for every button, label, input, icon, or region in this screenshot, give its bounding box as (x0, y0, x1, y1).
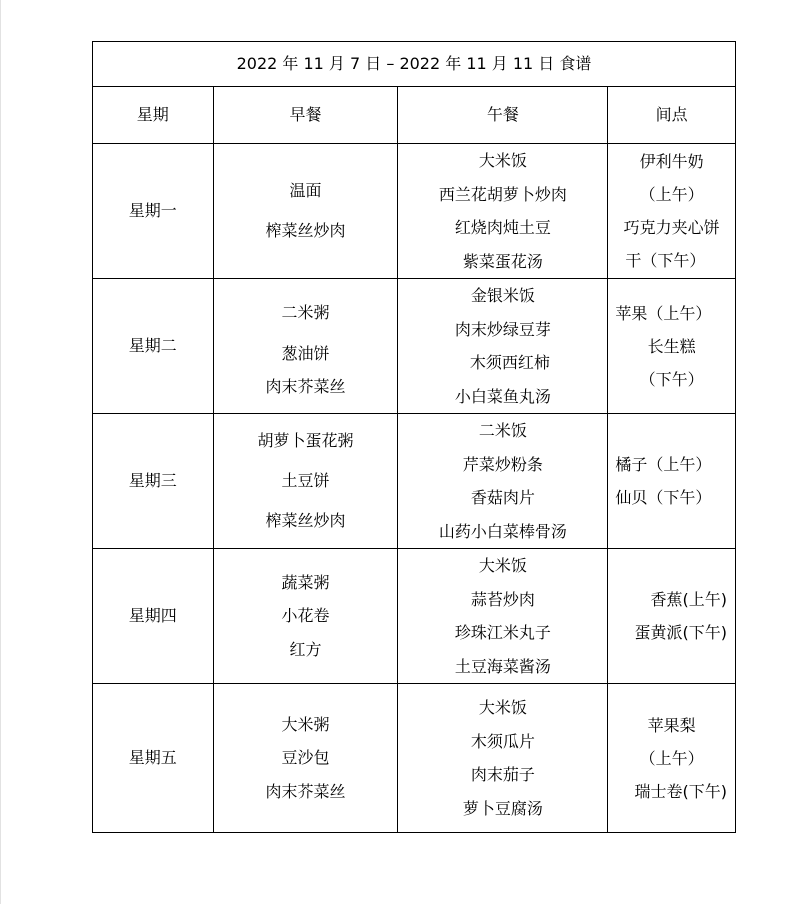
weekly-menu-table: 2022 年 11 月 7 日 – 2022 年 11 月 11 日 食谱 星期… (92, 41, 736, 833)
snack-item: 瑞士卷(下午) (608, 775, 735, 808)
table-row-thursday: 星期四 蔬菜粥 小花卷 红方 大米饭 蒜苔炒肉 珍珠江米丸子 土豆海菜酱汤 香蕉… (93, 549, 736, 684)
snack-cell: 伊利牛奶 （上午） 巧克力夹心饼 干（下午） (608, 144, 736, 279)
lunch-item: 芹菜炒粉条 (398, 448, 607, 482)
breakfast-item: 红方 (214, 633, 398, 667)
breakfast-item: 肉末芥菜丝 (214, 775, 398, 809)
lunch-item: 肉末茄子 (398, 758, 607, 792)
day-cell: 星期二 (93, 279, 214, 414)
breakfast-item: 土豆饼 (214, 461, 398, 501)
header-snack: 间点 (608, 87, 736, 144)
lunch-item: 珍珠江米丸子 (398, 616, 607, 650)
snack-cell: 苹果（上午） 长生糕 （下午） (608, 279, 736, 414)
breakfast-cell: 温面 榨菜丝炒肉 (213, 144, 398, 279)
table-row-monday: 星期一 温面 榨菜丝炒肉 大米饭 西兰花胡萝卜炒肉 红烧肉炖土豆 紫菜蛋花汤 伊… (93, 144, 736, 279)
snack-cell: 苹果梨 （上午） 瑞士卷(下午) (608, 684, 736, 833)
table-row-wednesday: 星期三 胡萝卜蛋花粥 土豆饼 榨菜丝炒肉 二米饭 芹菜炒粉条 香菇肉片 山药小白… (93, 414, 736, 549)
table-row-tuesday: 星期二 二米粥 葱油饼 肉末芥菜丝 金银米饭 肉末炒绿豆芽 木须西红柿 小白菜鱼… (93, 279, 736, 414)
lunch-item: 木须西红柿 (398, 346, 607, 380)
snack-item: 干（下午） (608, 244, 735, 277)
title-row: 2022 年 11 月 7 日 – 2022 年 11 月 11 日 食谱 (93, 42, 736, 87)
lunch-item: 紫菜蛋花汤 (398, 245, 607, 279)
lunch-item: 大米饭 (398, 549, 607, 583)
breakfast-item: 温面 (214, 171, 398, 211)
lunch-item: 肉末炒绿豆芽 (398, 313, 607, 347)
snack-item: 伊利牛奶 (608, 145, 735, 178)
day-cell: 星期四 (93, 549, 214, 684)
breakfast-item: 榨菜丝炒肉 (214, 501, 398, 541)
snack-item: （下午） (608, 363, 735, 396)
snack-item: 橘子（上午） (608, 448, 735, 481)
breakfast-item: 二米粥 (214, 293, 398, 333)
lunch-item: 山药小白菜棒骨汤 (398, 515, 607, 549)
snack-item: （上午） (608, 742, 735, 775)
header-row: 星期 早餐 午餐 间点 (93, 87, 736, 144)
lunch-item: 大米饭 (398, 144, 607, 178)
header-lunch: 午餐 (398, 87, 608, 144)
breakfast-cell: 大米粥 豆沙包 肉末芥菜丝 (213, 684, 398, 833)
lunch-item: 香菇肉片 (398, 481, 607, 515)
lunch-item: 蒜苔炒肉 (398, 583, 607, 617)
lunch-item: 大米饭 (398, 691, 607, 725)
snack-item: （上午） (608, 178, 735, 211)
day-cell: 星期一 (93, 144, 214, 279)
breakfast-cell: 蔬菜粥 小花卷 红方 (213, 549, 398, 684)
lunch-cell: 大米饭 木须瓜片 肉末茄子 萝卜豆腐汤 (398, 684, 608, 833)
lunch-item: 土豆海菜酱汤 (398, 650, 607, 684)
lunch-item: 二米饭 (398, 414, 607, 448)
day-cell: 星期三 (93, 414, 214, 549)
breakfast-item: 胡萝卜蛋花粥 (214, 421, 398, 461)
header-day: 星期 (93, 87, 214, 144)
snack-item: 仙贝（下午） (608, 481, 735, 514)
page-left-edge (0, 0, 1, 904)
breakfast-cell: 胡萝卜蛋花粥 土豆饼 榨菜丝炒肉 (213, 414, 398, 549)
lunch-cell: 金银米饭 肉末炒绿豆芽 木须西红柿 小白菜鱼丸汤 (398, 279, 608, 414)
lunch-cell: 大米饭 蒜苔炒肉 珍珠江米丸子 土豆海菜酱汤 (398, 549, 608, 684)
snack-item: 长生糕 (608, 330, 735, 363)
breakfast-item: 榨菜丝炒肉 (214, 211, 398, 251)
snack-cell: 橘子（上午） 仙贝（下午） (608, 414, 736, 549)
table-title: 2022 年 11 月 7 日 – 2022 年 11 月 11 日 食谱 (93, 42, 736, 87)
lunch-cell: 大米饭 西兰花胡萝卜炒肉 红烧肉炖土豆 紫菜蛋花汤 (398, 144, 608, 279)
breakfast-item: 豆沙包 (214, 741, 398, 775)
breakfast-item: 葱油饼 (214, 333, 398, 375)
lunch-item: 小白菜鱼丸汤 (398, 380, 607, 414)
lunch-item: 金银米饭 (398, 279, 607, 313)
breakfast-item: 大米粥 (214, 708, 398, 742)
header-breakfast: 早餐 (213, 87, 398, 144)
breakfast-cell: 二米粥 葱油饼 肉末芥菜丝 (213, 279, 398, 414)
snack-cell: 香蕉(上午) 蛋黄派(下午) (608, 549, 736, 684)
lunch-item: 萝卜豆腐汤 (398, 792, 607, 826)
lunch-item: 西兰花胡萝卜炒肉 (398, 178, 607, 212)
breakfast-item: 蔬菜粥 (214, 566, 398, 600)
snack-item: 苹果（上午） (608, 297, 735, 330)
snack-item: 香蕉(上午) (608, 583, 735, 616)
breakfast-item: 肉末芥菜丝 (214, 375, 398, 399)
lunch-item: 木须瓜片 (398, 725, 607, 759)
breakfast-item: 小花卷 (214, 599, 398, 633)
snack-item: 巧克力夹心饼 (608, 211, 735, 244)
snack-item: 蛋黄派(下午) (608, 616, 735, 649)
table-row-friday: 星期五 大米粥 豆沙包 肉末芥菜丝 大米饭 木须瓜片 肉末茄子 萝卜豆腐汤 苹果… (93, 684, 736, 833)
lunch-cell: 二米饭 芹菜炒粉条 香菇肉片 山药小白菜棒骨汤 (398, 414, 608, 549)
snack-item: 苹果梨 (608, 709, 735, 742)
day-cell: 星期五 (93, 684, 214, 833)
lunch-item: 红烧肉炖土豆 (398, 211, 607, 245)
